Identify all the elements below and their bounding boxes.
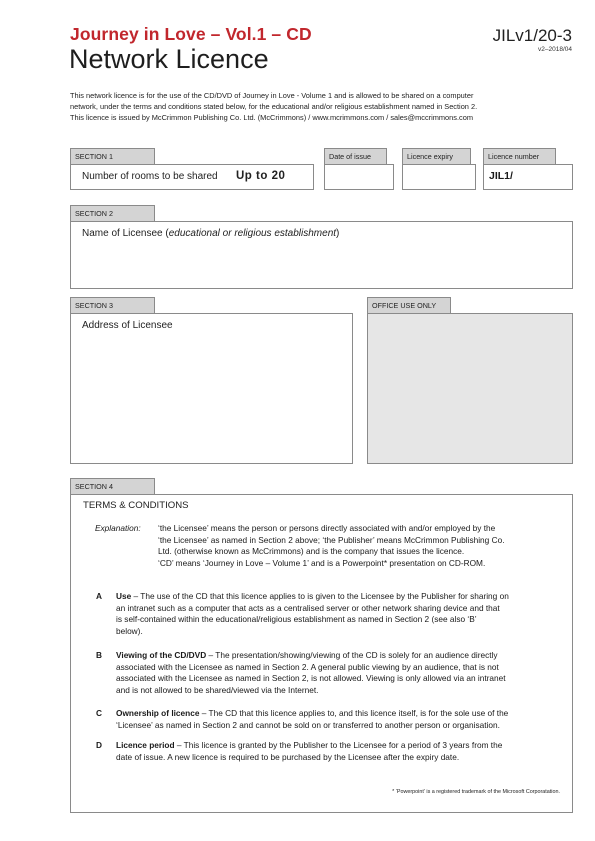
document-title: Network Licence (69, 44, 269, 75)
date-of-issue-field[interactable] (324, 164, 394, 190)
office-use-tab: OFFICE USE ONLY (367, 297, 451, 313)
date-of-issue-tab: Date of issue (324, 148, 387, 164)
licence-number-tab: Licence number (483, 148, 556, 164)
rooms-value: Up to 20 (236, 170, 285, 182)
section3-tab: SECTION 3 (70, 297, 155, 313)
terms-heading: TERMS & CONDITIONS (83, 500, 189, 511)
version-label: v2–2018/04 (538, 46, 572, 53)
explanation-text: ‘the Licensee’ means the person or perso… (158, 523, 558, 569)
rooms-label: Number of rooms to be shared (82, 171, 218, 182)
licensee-address-field[interactable]: Address of Licensee (70, 313, 353, 464)
trademark-footnote: * ‘Powerpoint’ is a registered trademark… (392, 789, 560, 795)
licence-expiry-tab: Licence expiry (402, 148, 471, 164)
licensee-name-field[interactable]: Name of Licensee (educational or religio… (70, 221, 573, 289)
office-use-area (367, 313, 573, 464)
licence-number-value: JIL1/ (489, 170, 513, 182)
terms-and-conditions: TERMS & CONDITIONS Explanation: ‘the Lic… (70, 494, 573, 813)
intro-line: This network licence is for the use of t… (70, 90, 585, 101)
section4-tab: SECTION 4 (70, 478, 155, 494)
product-title: Journey in Love – Vol.1 – CD (70, 24, 312, 45)
licence-number-field[interactable]: JIL1/ (483, 164, 573, 190)
intro-paragraph: This network licence is for the use of t… (70, 90, 585, 124)
explanation-label: Explanation: (95, 523, 141, 533)
section2-tab: SECTION 2 (70, 205, 155, 221)
licence-code: JILv1/20-3 (493, 26, 572, 46)
section1-tab: SECTION 1 (70, 148, 155, 164)
licensee-address-label: Address of Licensee (82, 320, 173, 331)
intro-line: network, under the terms and conditions … (70, 101, 585, 112)
licensee-name-label: Name of Licensee (educational or religio… (82, 228, 339, 239)
section1-rooms-field[interactable]: Number of rooms to be shared Up to 20 (70, 164, 314, 190)
intro-line: This licence is issued by McCrimmon Publ… (70, 112, 585, 123)
licence-expiry-field[interactable] (402, 164, 476, 190)
